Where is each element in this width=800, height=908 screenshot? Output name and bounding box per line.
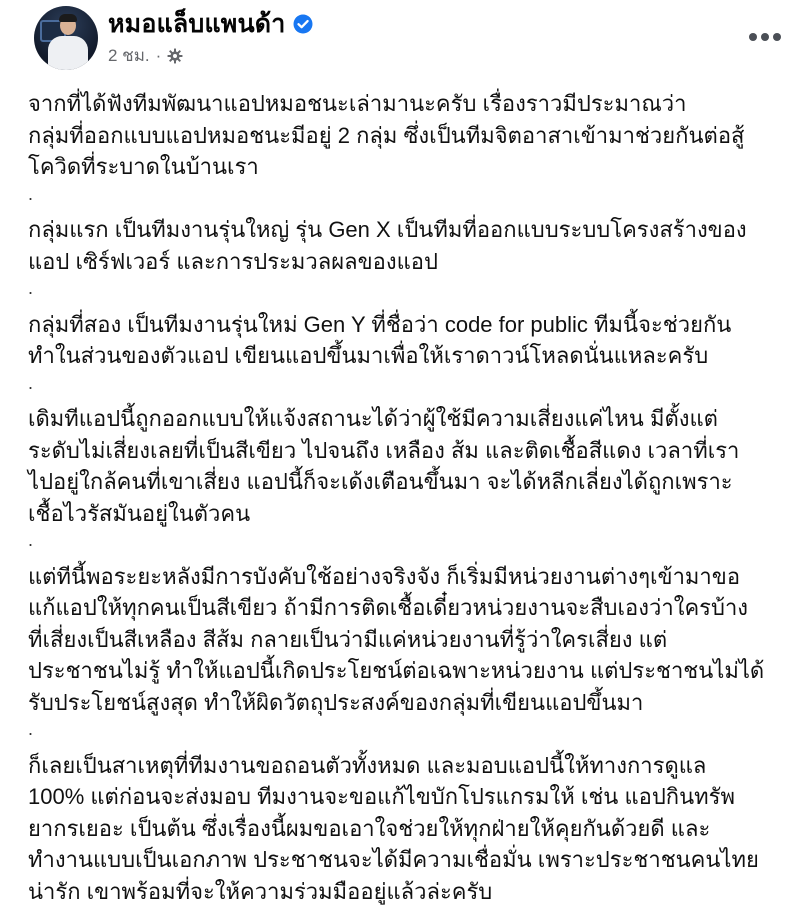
text-line: ก็เลยเป็นสาเหตุที่ทีมงานขอถอนตัวทั้งหมด … (28, 750, 798, 782)
text-line: จากที่ได้ฟังทีมพัฒนาแอปหมอชนะเล่ามานะครั… (28, 88, 798, 120)
text-line: รับประโยชน์สูงสุด ทำให้ผิดวัตถุประสงค์ขอ… (28, 687, 798, 719)
text-line: กลุ่มแรก เป็นทีมงานรุ่นใหญ่ รุ่น Gen X เ… (28, 214, 798, 246)
paragraph-enforcement: แต่ทีนี้พอระยะหลังมีการบังคับใช้อย่างจริ… (28, 561, 798, 719)
more-dot-icon (773, 33, 781, 41)
text-line: แก้แอปให้ทุกคนเป็นสีเขียว ถ้ามีการติดเชื… (28, 592, 798, 624)
gear-icon[interactable] (167, 48, 183, 64)
text-line: โควิดที่ระบาดในบ้านเรา (28, 151, 798, 183)
paragraph-separator: . (28, 372, 798, 404)
paragraph-separator: . (28, 718, 798, 750)
more-options-button[interactable] (745, 22, 785, 52)
paragraph-intro: จากที่ได้ฟังทีมพัฒนาแอปหมอชนะเล่ามานะครั… (28, 88, 798, 183)
text-line: แต่ทีนี้พอระยะหลังมีการบังคับใช้อย่างจริ… (28, 561, 798, 593)
avatar-hair (59, 14, 77, 22)
paragraph-original-design: เดิมทีแอปนี้ถูกออกแบบให้แจ้งสถานะได้ว่าผ… (28, 403, 798, 529)
text-line: น่ารัก เขาพร้อมที่จะให้ความร่วมมืออยู่แล… (28, 876, 798, 908)
text-line: เดิมทีแอปนี้ถูกออกแบบให้แจ้งสถานะได้ว่าผ… (28, 403, 798, 435)
author-name[interactable]: หมอแล็บแพนด้า (108, 4, 285, 44)
text-line: กลุ่มที่ออกแบบแอปหมอชนะมีอยู่ 2 กลุ่ม ซึ… (28, 120, 798, 152)
post-header: หมอแล็บแพนด้า 2 ชม. · (0, 0, 800, 80)
more-dot-icon (761, 33, 769, 41)
paragraph-separator: . (28, 183, 798, 215)
text-line: ทำงานแบบเป็นเอกภาพ ประชาชนจะได้มีความเชื… (28, 844, 798, 876)
text-line: แอป เซิร์ฟเวอร์ และการประมวลผลของแอป (28, 246, 798, 278)
text-line: ที่เสี่ยงเป็นสีเหลือง สีส้ม กลายเป็นว่าม… (28, 624, 798, 656)
meta-separator: · (156, 46, 162, 66)
author-row: หมอแล็บแพนด้า (108, 4, 313, 44)
more-dot-icon (749, 33, 757, 41)
text-line: ทำในส่วนของตัวแอป เขียนแอปขึ้นมาเพื่อให้… (28, 340, 798, 372)
text-line: ยากรเยอะ เป็นต้น ซึ่งเรื่องนี้ผมขอเอาใจช… (28, 813, 798, 845)
text-line: 100% แต่ก่อนจะส่งมอบ ทีมงานจะขอแก้ไขบักโ… (28, 781, 798, 813)
post-meta: 2 ชม. · (108, 42, 183, 69)
post-body: จากที่ได้ฟังทีมพัฒนาแอปหมอชนะเล่ามานะครั… (28, 88, 798, 907)
paragraph-conclusion: ก็เลยเป็นสาเหตุที่ทีมงานขอถอนตัวทั้งหมด … (28, 750, 798, 908)
text-line: ระดับไม่เสี่ยงเลยที่เป็นสีเขียว ไปจนถึง … (28, 435, 798, 467)
text-line: กลุ่มที่สอง เป็นทีมงานรุ่นใหม่ Gen Y ที่… (28, 309, 798, 341)
paragraph-separator: . (28, 529, 798, 561)
paragraph-gen-x: กลุ่มแรก เป็นทีมงานรุ่นใหญ่ รุ่น Gen X เ… (28, 214, 798, 277)
paragraph-gen-y: กลุ่มที่สอง เป็นทีมงานรุ่นใหม่ Gen Y ที่… (28, 309, 798, 372)
verified-badge-icon (293, 14, 313, 34)
text-line: เชื้อไวรัสมันอยู่ในตัวคน (28, 498, 798, 530)
avatar-body (48, 36, 88, 70)
text-line: ไปอยู่ใกล้คนที่เขาเสี่ยง แอปนี้ก็จะเด้งเ… (28, 466, 798, 498)
text-line: ประชาชนไม่รู้ ทำให้แอปนี้เกิดประโยชน์ต่อ… (28, 655, 798, 687)
avatar[interactable] (34, 6, 98, 70)
post-timestamp[interactable]: 2 ชม. (108, 42, 150, 69)
paragraph-separator: . (28, 277, 798, 309)
facebook-post: หมอแล็บแพนด้า 2 ชม. · (0, 0, 800, 908)
